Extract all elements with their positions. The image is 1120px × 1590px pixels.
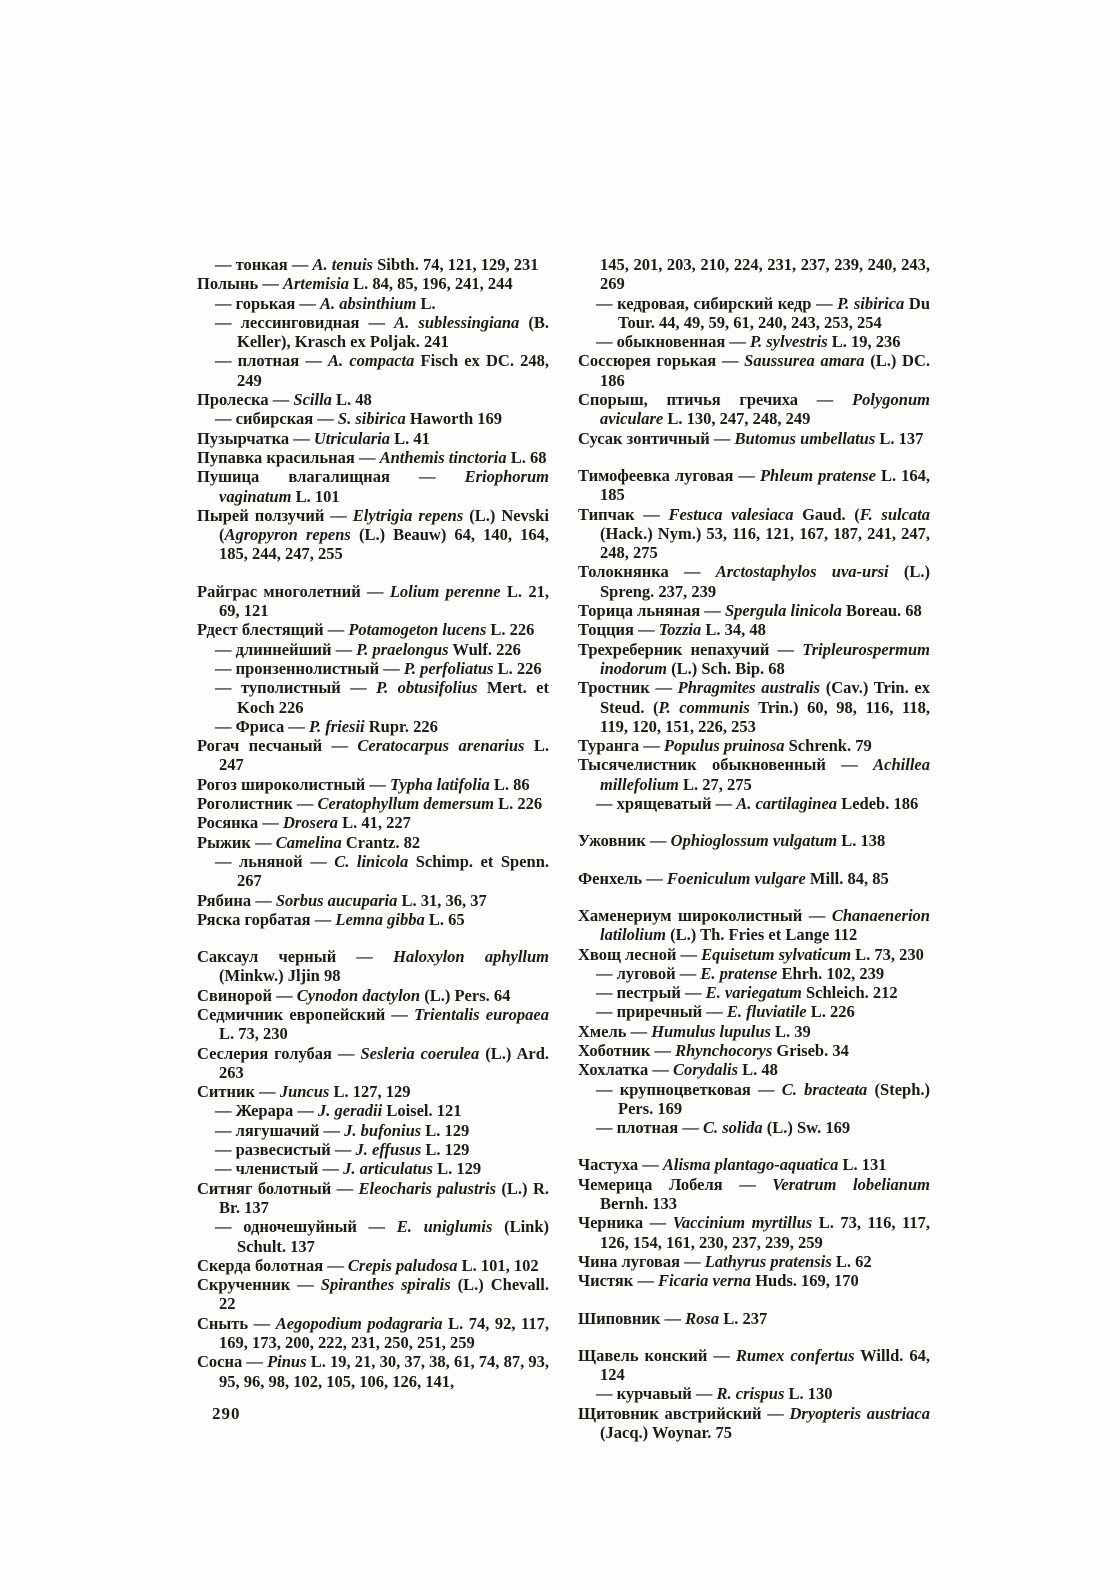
index-entry: Ситняг болотный — Eleocharis palustris (… <box>197 1179 549 1218</box>
latin-name: Eleocharis palustris <box>359 1179 496 1198</box>
entry-text: Ужовник — <box>578 831 671 850</box>
book-page: — тонкая — A. tenuis Sibth. 74, 121, 129… <box>0 0 1120 1590</box>
entry-text: Шиповник — <box>578 1309 685 1328</box>
latin-name: Artemisia <box>283 274 349 293</box>
index-entry: Райграс многолетний — Lolium perenne L. … <box>197 582 549 621</box>
entry-text: L. 73, 230 <box>851 945 924 964</box>
entry-text: Рдест блестящий — <box>197 620 348 639</box>
latin-name: Sorbus aucuparia <box>276 891 398 910</box>
entry-text: Чемерица Лобеля — <box>578 1175 772 1194</box>
latin-name: Potamogeton lucens <box>348 620 486 639</box>
index-entry: Рогоз широколистный — Typha latifolia L.… <box>197 775 549 794</box>
latin-name: Butomus umbellatus <box>735 429 876 448</box>
index-entry: Щавель конский — Rumex confertus Willd. … <box>578 1346 930 1385</box>
latin-name: Drosera <box>283 813 338 832</box>
entry-text: (Minkw.) Jljin 98 <box>219 966 340 985</box>
entry-text: — Фриса — <box>215 717 309 736</box>
latin-name: E. uniglumis <box>397 1217 493 1236</box>
index-entry: — одночешуйный — E. uniglumis (Link) Sch… <box>197 1217 549 1256</box>
latin-name: P. friesii <box>309 717 365 736</box>
entry-text: Сныть — <box>197 1314 276 1333</box>
entry-text: Crantz. 82 <box>342 833 420 852</box>
latin-name: Anthemis tinctoria <box>380 448 507 467</box>
latin-name: Phragmites australis <box>678 678 820 697</box>
latin-name: C. solida <box>703 1118 763 1137</box>
entry-text: — Жерара — <box>215 1101 318 1120</box>
entry-text: — плотная — <box>596 1118 703 1137</box>
latin-name: Typha latifolia <box>390 775 490 794</box>
latin-name: Humulus lupulus <box>651 1022 771 1041</box>
entry-text: Росянка — <box>197 813 283 832</box>
index-entry: Рябина — Sorbus aucuparia L. 31, 36, 37 <box>197 891 549 910</box>
latin-name: S. sibirica <box>338 409 406 428</box>
entry-text: L. 48 <box>332 390 372 409</box>
index-entry: Частуха — Alisma plantago-aquatica L. 13… <box>578 1155 930 1174</box>
index-entry: Хоботник — Rhynchocorys Griseb. 34 <box>578 1041 930 1060</box>
entry-text: Ситняг болотный — <box>197 1179 359 1198</box>
entry-text: L. 86 <box>490 775 530 794</box>
index-entry: — лессинговидная — A. sublessingiana (B.… <box>197 313 549 352</box>
index-entry: — обыкновенная — P. sylvestris L. 19, 23… <box>578 332 930 351</box>
index-entry: — пронзеннолистный — P. perfoliatus L. 2… <box>197 659 549 678</box>
entry-text: Ehrh. 102, 239 <box>777 964 884 983</box>
index-entry: Соссюрея горькая — Saussurea amara (L.) … <box>578 351 930 390</box>
latin-name: Rumex confertus <box>736 1346 855 1365</box>
latin-name: A. tenuis <box>312 255 373 274</box>
entry-text: (L.) Th. Fries et Lange 112 <box>666 925 857 944</box>
latin-name: Alisma plantago-aquatica <box>663 1155 839 1174</box>
entry-text: — тонкая — <box>215 255 312 274</box>
index-entry: Сеслерия голубая — Sesleria coerulea (L.… <box>197 1044 549 1083</box>
latin-name: P. sylvestris <box>750 332 828 351</box>
index-entry: — сибирская — S. sibirica Haworth 169 <box>197 409 549 428</box>
latin-name: Equisetum sylvaticum <box>701 945 851 964</box>
latin-name: Agropyron repens <box>225 525 351 544</box>
entry-text: — курчавый — <box>596 1384 717 1403</box>
entry-text: L. 226 <box>493 659 541 678</box>
entry-text: L. 41 <box>390 429 430 448</box>
index-entry: — Фриса — P. friesii Rupr. 226 <box>197 717 549 736</box>
index-entry: Полынь — Artemisia L. 84, 85, 196, 241, … <box>197 274 549 293</box>
entry-text: Полынь — <box>197 274 283 293</box>
entry-text: Чистяк — <box>578 1271 658 1290</box>
index-entry: Тоцция — Tozzia L. 34, 48 <box>578 620 930 639</box>
index-entry: Хаменериум широколистный — Chanaenerion … <box>578 906 930 945</box>
entry-text: L. 19, 236 <box>828 332 901 351</box>
index-entry: Черника — Vaccinium myrtillus L. 73, 116… <box>578 1213 930 1252</box>
index-entry: Сныть — Aegopodium podagraria L. 74, 92,… <box>197 1314 549 1353</box>
entry-text: Рябина — <box>197 891 276 910</box>
index-entry: Саксаул черный — Haloxylon aphyllum (Min… <box>197 947 549 986</box>
entry-text: — обыкновенная — <box>596 332 750 351</box>
entry-text: L. <box>416 294 435 313</box>
latin-name: Juncus <box>280 1082 330 1101</box>
latin-name: Festuca valesiaca <box>668 505 793 524</box>
latin-name: Utricularia <box>314 429 390 448</box>
latin-name: Camelina <box>276 833 342 852</box>
index-entry: Ужовник — Ophioglossum vulgatum L. 138 <box>578 831 930 850</box>
entry-text: — пронзеннолистный — <box>215 659 404 678</box>
entry-text: Торица льняная — <box>578 601 725 620</box>
latin-name: Arctostaphylos uva-ursi <box>716 562 889 581</box>
entry-text: L. 65 <box>425 910 465 929</box>
page-number: 290 <box>212 1404 241 1424</box>
entry-text: Schrenk. 79 <box>784 736 871 755</box>
index-entry: Хвощ лесной — Equisetum sylvaticum L. 73… <box>578 945 930 964</box>
index-entry: Скрученник — Spiranthes spiralis (L.) Ch… <box>197 1275 549 1314</box>
entry-text: (L.) Sw. 169 <box>763 1118 851 1137</box>
latin-name: Veratrum lobelianum <box>772 1175 930 1194</box>
latin-name: P. praelongus <box>356 640 448 659</box>
entry-text: L. 84, 85, 196, 241, 244 <box>349 274 513 293</box>
latin-name: Lathyrus pratensis <box>705 1252 832 1271</box>
entry-text: Пушица влагалищная — <box>197 467 465 486</box>
entry-text: Rupr. 226 <box>365 717 438 736</box>
index-entry: Фенхель — Foeniculum vulgare Mill. 84, 8… <box>578 869 930 888</box>
entry-text: Ситник — <box>197 1082 280 1101</box>
latin-name: Trientalis europaea <box>414 1005 549 1024</box>
entry-text: Huds. 169, 170 <box>751 1271 859 1290</box>
index-entry: Рыжик — Camelina Crantz. 82 <box>197 833 549 852</box>
entry-text: Райграс многолетний — <box>197 582 390 601</box>
entry-text: Ledeb. 186 <box>837 794 918 813</box>
entry-text: Черника — <box>578 1213 673 1232</box>
entry-text: L. 226 <box>494 794 542 813</box>
latin-name: J. effusus <box>356 1140 422 1159</box>
index-entry: Рдест блестящий — Potamogeton lucens L. … <box>197 620 549 639</box>
entry-text: — длиннейший — <box>215 640 356 659</box>
index-entry: Пролеска — Scilla L. 48 <box>197 390 549 409</box>
entry-text: L. 129 <box>433 1159 481 1178</box>
latin-name: Foeniculum vulgare <box>667 869 806 888</box>
index-entry: Шиповник — Rosa L. 237 <box>578 1309 930 1328</box>
index-entry: Сосна — Pinus L. 19, 21, 30, 37, 38, 61,… <box>197 1352 549 1391</box>
index-entry: Ряска горбатая — Lemna gibba L. 65 <box>197 910 549 929</box>
index-entry: — пестрый — E. variegatum Schleich. 212 <box>578 983 930 1002</box>
entry-text: L. 101, 102 <box>457 1256 538 1275</box>
index-entry: Туранга — Populus pruinosa Schrenk. 79 <box>578 736 930 755</box>
index-entry: — лягушачий — J. bufonius L. 129 <box>197 1121 549 1140</box>
entry-text: — пестрый — <box>596 983 706 1002</box>
entry-text: (L.) Pers. 64 <box>420 986 510 1005</box>
index-entry: Сусак зонтичный — Butomus umbellatus L. … <box>578 429 930 448</box>
entry-text: Трехреберник непахучий — <box>578 640 802 659</box>
latin-name: Pinus <box>267 1352 306 1371</box>
index-entry: Типчак — Festuca valesiaca Gaud. (F. sul… <box>578 505 930 563</box>
entry-text: L. 62 <box>832 1252 872 1271</box>
entry-text: Boreau. 68 <box>842 601 922 620</box>
latin-name: A. absinthium <box>320 294 416 313</box>
latin-name: Rhynchocorys <box>675 1041 772 1060</box>
index-entry: Спорыш, птичья гречиха — Polygonum avicu… <box>578 390 930 429</box>
index-entry: Чемерица Лобеля — Veratrum lobelianum Be… <box>578 1175 930 1214</box>
entry-text: Schleich. 212 <box>802 983 898 1002</box>
index-entry: Толокнянка — Arctostaphylos uva-ursi (L.… <box>578 562 930 601</box>
entry-text: Хохлатка — <box>578 1060 673 1079</box>
index-entry: Пушица влагалищная — Eriophorum vaginatu… <box>197 467 549 506</box>
latin-name: A. compacta <box>328 351 414 370</box>
entry-text: Wulf. 226 <box>449 640 521 659</box>
entry-text: — лессинговидная — <box>215 313 394 332</box>
entry-text: L. 226 <box>807 1002 855 1021</box>
entry-text: L. 131 <box>838 1155 886 1174</box>
latin-name: Spiranthes spiralis <box>321 1275 451 1294</box>
entry-text: Griseb. 34 <box>772 1041 849 1060</box>
latin-name: Phleum pratense <box>760 466 876 485</box>
latin-name: Populus pruinosa <box>664 736 785 755</box>
entry-text: L. 27, 275 <box>679 775 752 794</box>
entry-text: — одночешуйный — <box>215 1217 397 1236</box>
entry-text: Седмичник европейский — <box>197 1005 414 1024</box>
entry-text: L. 39 <box>771 1022 811 1041</box>
entry-text: Хвощ лесной — <box>578 945 701 964</box>
entry-text: Ряска горбатая — <box>197 910 335 929</box>
entry-text: Скерда болотная — <box>197 1256 348 1275</box>
latin-name: Ceratocarpus arenarius <box>357 736 524 755</box>
latin-name: Ophioglossum vulgatum <box>671 831 837 850</box>
index-entry: — Жерара — J. geradii Loisel. 121 <box>197 1101 549 1120</box>
entry-text: L. 48 <box>738 1060 778 1079</box>
entry-text: Loisel. 121 <box>382 1101 461 1120</box>
entry-text: L. 226 <box>486 620 534 639</box>
entry-text: — приречный — <box>596 1002 727 1021</box>
entry-text: — развесистый — <box>215 1140 356 1159</box>
entry-text: Пупавка красильная — <box>197 448 380 467</box>
entry-text: Сеслерия голубая — <box>197 1044 361 1063</box>
index-entry: Тростник — Phragmites australis (Cav.) T… <box>578 678 930 736</box>
index-entry: — горькая — A. absinthium L. <box>197 294 549 313</box>
index-entry: — хрящеватый — A. cartilaginea Ledeb. 18… <box>578 794 930 813</box>
latin-name: Crepis paludosa <box>348 1256 458 1275</box>
entry-text: Пырей ползучий — <box>197 506 353 525</box>
index-entry: Пупавка красильная — Anthemis tinctoria … <box>197 448 549 467</box>
latin-name: P. sibirica <box>837 294 904 313</box>
index-entry: Свинорой — Cynodon dactylon (L.) Pers. 6… <box>197 986 549 1005</box>
latin-name: A. cartilaginea <box>736 794 837 813</box>
latin-name: Corydalis <box>673 1060 738 1079</box>
latin-name: A. sublessingiana <box>394 313 519 332</box>
entry-text: Рыжик — <box>197 833 276 852</box>
index-entry: — льняной — C. linicola Schimp. et Spenn… <box>197 852 549 891</box>
index-entry: — членистый — J. articulatus L. 129 <box>197 1159 549 1178</box>
entry-text: L. 129 <box>421 1121 469 1140</box>
index-entry: Торица льняная — Spergula linicola Borea… <box>578 601 930 620</box>
latin-name: Sesleria coerulea <box>361 1044 480 1063</box>
latin-name: Tozzia <box>659 620 702 639</box>
latin-name: R. crispus <box>717 1384 785 1403</box>
entry-text: Хаменериум широколистный — <box>578 906 832 925</box>
entry-text: Щавель конский — <box>578 1346 736 1365</box>
latin-name: Ficaria verna <box>658 1271 751 1290</box>
index-entry: Рогач песчаный — Ceratocarpus arenarius … <box>197 736 549 775</box>
index-column-right: 145, 201, 203, 210, 224, 231, 237, 239, … <box>578 255 930 1442</box>
latin-name: Dryopteris austriaca <box>790 1404 931 1423</box>
entry-text: Соссюрея горькая — <box>578 351 744 370</box>
entry-text: 145, 201, 203, 210, 224, 231, 237, 239, … <box>600 255 930 293</box>
entry-text: — туполистный — <box>215 678 376 697</box>
latin-name: Cynodon dactylon <box>297 986 420 1005</box>
latin-name: Spergula linicola <box>725 601 842 620</box>
entry-text: Толокнянка — <box>578 562 716 581</box>
entry-text: — сибирская — <box>215 409 338 428</box>
entry-text: Саксаул черный — <box>197 947 393 966</box>
latin-name: Ceratophyllum demersum <box>318 794 494 813</box>
index-entry: — длиннейший — P. praelongus Wulf. 226 <box>197 640 549 659</box>
entry-text: (Jacq.) Woynar. 75 <box>600 1423 732 1442</box>
latin-name: J. articulatus <box>343 1159 433 1178</box>
entry-text: Скрученник — <box>197 1275 321 1294</box>
index-entry: Трехреберник непахучий — Tripleurospermu… <box>578 640 930 679</box>
entry-text: L. 34, 48 <box>701 620 766 639</box>
latin-name: P. perfoliatus <box>404 659 494 678</box>
latin-name: E. pratense <box>700 964 777 983</box>
entry-text: (L.) Sch. Bip. 68 <box>667 659 785 678</box>
entry-text: L. 41, 227 <box>338 813 411 832</box>
entry-text: Рогач песчаный — <box>197 736 357 755</box>
index-entry: — курчавый — R. crispus L. 130 <box>578 1384 930 1403</box>
latin-name: E. fluviatile <box>727 1002 807 1021</box>
index-entry: Хохлатка — Corydalis L. 48 <box>578 1060 930 1079</box>
latin-name: Lolium perenne <box>390 582 501 601</box>
index-entry: — плотная — A. compacta Fisch ex DC. 248… <box>197 351 549 390</box>
entry-text: L. 237 <box>719 1309 767 1328</box>
latin-name: J. bufonius <box>344 1121 421 1140</box>
entry-text: Хоботник — <box>578 1041 675 1060</box>
entry-text: Тростник — <box>578 678 678 697</box>
index-entry: Роголистник — Ceratophyllum demersum L. … <box>197 794 549 813</box>
index-entry: Пузырчатка — Utricularia L. 41 <box>197 429 549 448</box>
latin-name: C. bracteata <box>782 1080 868 1099</box>
entry-text: L. 138 <box>837 831 885 850</box>
index-entry: Тимофеевка луговая — Phleum pratense L. … <box>578 466 930 505</box>
latin-name: Lemna gibba <box>335 910 424 929</box>
entry-text: Фенхель — <box>578 869 667 888</box>
latin-name: Elytrigia repens <box>353 506 463 525</box>
index-entry: — кедровая, сибирский кедр — P. sibirica… <box>578 294 930 333</box>
latin-name: Vaccinium myrtillus <box>673 1213 812 1232</box>
entry-text: — крупноцветковая — <box>596 1080 782 1099</box>
entry-text: — луговой — <box>596 964 700 983</box>
index-entry: Ситник — Juncus L. 127, 129 <box>197 1082 549 1101</box>
index-entry: Седмичник европейский — Trientalis europ… <box>197 1005 549 1044</box>
entry-text: Сосна — <box>197 1352 267 1371</box>
index-entry: Пырей ползучий — Elytrigia repens (L.) N… <box>197 506 549 564</box>
index-entry: Тысячелистник обыкновенный — Achillea mi… <box>578 755 930 794</box>
entry-text: Пролеска — <box>197 390 293 409</box>
index-entry: — плотная — C. solida (L.) Sw. 169 <box>578 1118 930 1137</box>
entry-text: L. 130 <box>784 1384 832 1403</box>
latin-name: Saussurea amara <box>744 351 864 370</box>
index-entry: Росянка — Drosera L. 41, 227 <box>197 813 549 832</box>
latin-name: Rosa <box>685 1309 719 1328</box>
latin-name: J. geradii <box>318 1101 382 1120</box>
entry-text: L. 129 <box>421 1140 469 1159</box>
entry-text: L. 73, 230 <box>219 1024 288 1043</box>
entry-text: Sibth. 74, 121, 129, 231 <box>373 255 538 274</box>
index-entry: — приречный — E. fluviatile L. 226 <box>578 1002 930 1021</box>
index-entry: 145, 201, 203, 210, 224, 231, 237, 239, … <box>578 255 930 294</box>
index-entry: Хмель — Humulus lupulus L. 39 <box>578 1022 930 1041</box>
index-entry: Чина луговая — Lathyrus pratensis L. 62 <box>578 1252 930 1271</box>
latin-name: Scilla <box>293 390 332 409</box>
entry-text: Тоцция — <box>578 620 659 639</box>
index-entry: — тонкая — A. tenuis Sibth. 74, 121, 129… <box>197 255 549 274</box>
entry-text: Haworth 169 <box>406 409 502 428</box>
index-entry: Чистяк — Ficaria verna Huds. 169, 170 <box>578 1271 930 1290</box>
entry-text: Спорыш, птичья гречиха — <box>578 390 852 409</box>
index-entry: — крупноцветковая — C. bracteata (Steph.… <box>578 1080 930 1119</box>
entry-text: Gaud. ( <box>793 505 859 524</box>
entry-text: Свинорой — <box>197 986 297 1005</box>
entry-text: L. 130, 247, 248, 249 <box>663 409 810 428</box>
entry-text: L. 101 <box>291 487 339 506</box>
entry-text: — плотная — <box>215 351 328 370</box>
entry-text: Роголистник — <box>197 794 318 813</box>
latin-name: E. variegatum <box>706 983 802 1002</box>
entry-text: Пузырчатка — <box>197 429 314 448</box>
entry-text: L. 31, 36, 37 <box>397 891 486 910</box>
entry-text: — кедровая, сибирский кедр — <box>596 294 837 313</box>
entry-text: Чина луговая — <box>578 1252 705 1271</box>
entry-text: (Hack.) Nym.) 53, 116, 121, 167, 187, 24… <box>600 524 930 562</box>
entry-text: — льняной — <box>215 852 334 871</box>
latin-name: Aegopodium podagraria <box>276 1314 443 1333</box>
entry-text: Хмель — <box>578 1022 651 1041</box>
index-entry: Скерда болотная — Crepis paludosa L. 101… <box>197 1256 549 1275</box>
index-entry: — луговой — E. pratense Ehrh. 102, 239 <box>578 964 930 983</box>
entry-text: Сусак зонтичный — <box>578 429 735 448</box>
entry-text: Mill. 84, 85 <box>806 869 889 888</box>
latin-name: Haloxylon aphyllum <box>393 947 549 966</box>
entry-text: Туранга — <box>578 736 664 755</box>
index-entry: — развесистый — J. effusus L. 129 <box>197 1140 549 1159</box>
entry-text: — лягушачий — <box>215 1121 344 1140</box>
latin-name: C. linicola <box>334 852 408 871</box>
index-entry: Щитовник австрийский — Dryopteris austri… <box>578 1404 930 1443</box>
entry-text: Типчак — <box>578 505 668 524</box>
entry-text: L. 137 <box>875 429 923 448</box>
entry-text: Bernh. 133 <box>600 1194 677 1213</box>
latin-name: F. sulcata <box>860 505 930 524</box>
entry-text: Рогоз широколистный — <box>197 775 390 794</box>
entry-text: Тимофеевка луговая — <box>578 466 760 485</box>
latin-name: P. communis <box>659 698 750 717</box>
index-column-left: — тонкая — A. tenuis Sibth. 74, 121, 129… <box>197 255 549 1391</box>
entry-text: Частуха — <box>578 1155 663 1174</box>
entry-text: L. 68 <box>507 448 547 467</box>
latin-name: P. obtusifolius <box>376 678 477 697</box>
entry-text: — горькая — <box>215 294 320 313</box>
entry-text: Щитовник австрийский — <box>578 1404 790 1423</box>
entry-text: — хрящеватый — <box>596 794 736 813</box>
entry-text: — членистый — <box>215 1159 343 1178</box>
index-entry: — туполистный — P. obtusifolius Mert. et… <box>197 678 549 717</box>
entry-text: L. 127, 129 <box>329 1082 410 1101</box>
entry-text: Тысячелистник обыкновенный — <box>578 755 873 774</box>
